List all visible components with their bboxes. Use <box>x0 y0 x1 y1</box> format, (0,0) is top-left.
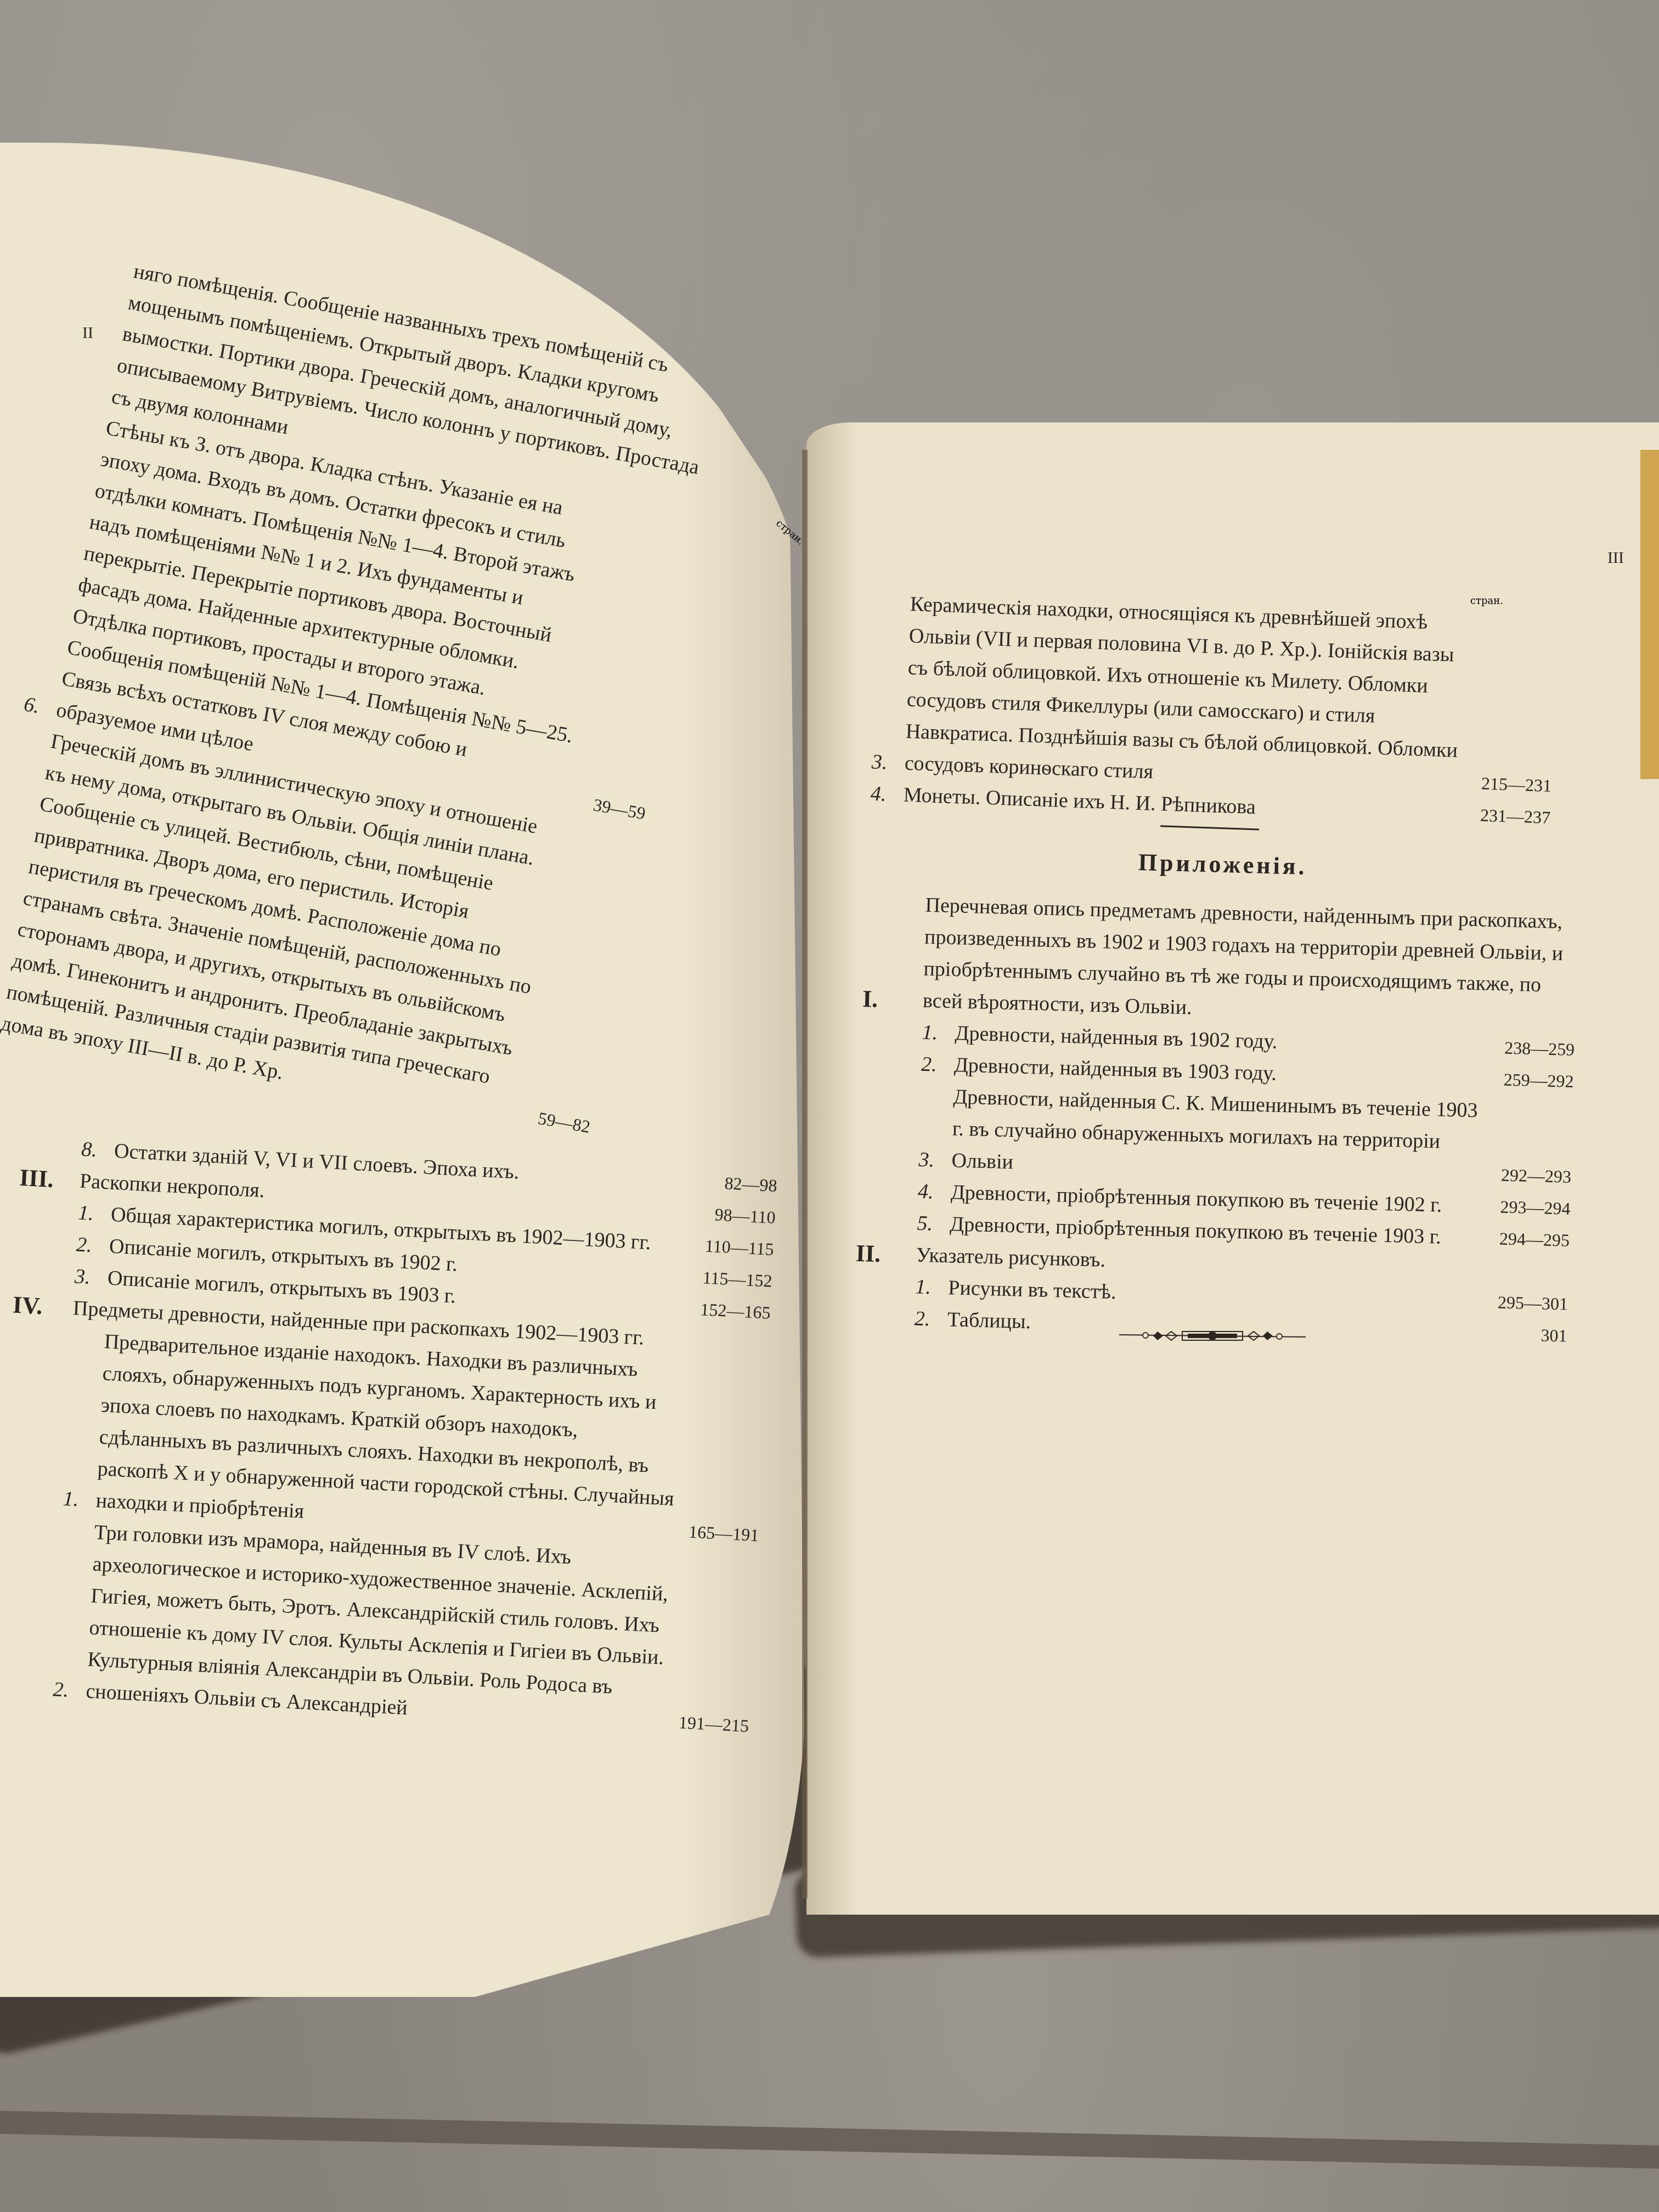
entry-number: 6. <box>21 689 59 726</box>
column-label-right: стран. <box>1470 595 1503 607</box>
toc-item: 3. Керамическія находки, относящіяся къ … <box>871 587 1558 802</box>
left-toc-lower: 8. Остатки зданій V, VI и VII слоевъ. Эп… <box>0 1130 778 1742</box>
section-numeral: II. <box>855 1238 916 1271</box>
table-edge <box>0 2110 1659 2170</box>
gilt-edge <box>1640 450 1659 779</box>
ornament-tailpiece-icon <box>1119 1325 1306 1347</box>
toc-item: 3. Древности, найденныя С. К. Мишенинымъ… <box>858 1079 1573 1193</box>
page-folio-right: III <box>1607 549 1624 567</box>
right-appendix: Приложенія. I. Перечневая опись предмета… <box>854 834 1579 1352</box>
section-rule <box>1160 825 1259 830</box>
book-spine <box>802 450 808 1898</box>
toc-item: 2. Три головки изъ мрамора, найденныя въ… <box>0 1511 758 1742</box>
section-title: Перечневая опись предметамъ древности, н… <box>922 889 1578 1034</box>
section-numeral: I. <box>862 983 923 1017</box>
section-numeral: IV. <box>12 1289 74 1324</box>
toc-item: 1. Предварительное изданіе находокъ. Нах… <box>2 1321 768 1551</box>
entry-number: 8. <box>81 1133 115 1167</box>
entry-pages: 82—98 <box>694 1165 778 1201</box>
right-toc-continued: 3. Керамическія находки, относящіяся къ … <box>869 587 1558 862</box>
section-numeral: III. <box>19 1162 81 1197</box>
entry-pages: 98—110 <box>692 1197 776 1233</box>
appendix-section-I: I. Перечневая опись предметамъ древности… <box>862 888 1578 1034</box>
